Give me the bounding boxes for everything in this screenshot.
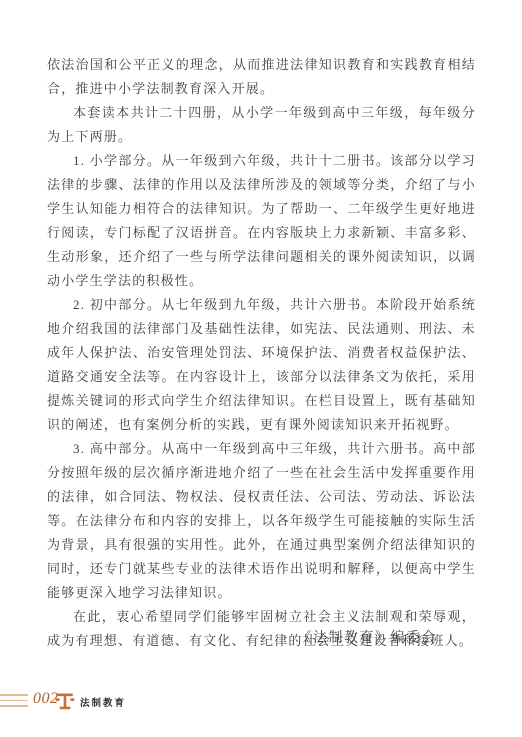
scale-of-justice-icon	[55, 690, 75, 712]
paragraph: 本套读本共计二十四册，从小学一年级到高中三年级，每年级分为上下两册。	[47, 101, 476, 149]
footer-book-title: 法制教育	[80, 695, 126, 709]
body-text: 依法治国和公平正义的理念，从而推进法律知识教育和实践教育相结合，推进中小学法制教…	[47, 53, 476, 653]
paragraph: 依法治国和公平正义的理念，从而推进法律知识教育和实践教育相结合，推进中小学法制教…	[47, 53, 476, 101]
footer-decorative-lines	[0, 694, 28, 707]
paragraph: 3. 高中部分。从高中一年级到高中三年级，共计六册书。高中部分按照年级的层次循序…	[47, 437, 476, 605]
signature: 《法制教育》编委会	[298, 627, 438, 647]
paragraph: 1. 小学部分。从一年级到六年级，共计十二册书。该部分以学习法律的步骤、法律的作…	[47, 149, 476, 293]
paragraph: 2. 初中部分。从七年级到九年级，共计六册书。本阶段开始系统地介绍我国的法律部门…	[47, 293, 476, 437]
book-page: 依法治国和公平正义的理念，从而推进法律知识教育和实践教育相结合，推进中小学法制教…	[0, 0, 522, 737]
page-footer: 002 法制教育	[0, 688, 522, 716]
